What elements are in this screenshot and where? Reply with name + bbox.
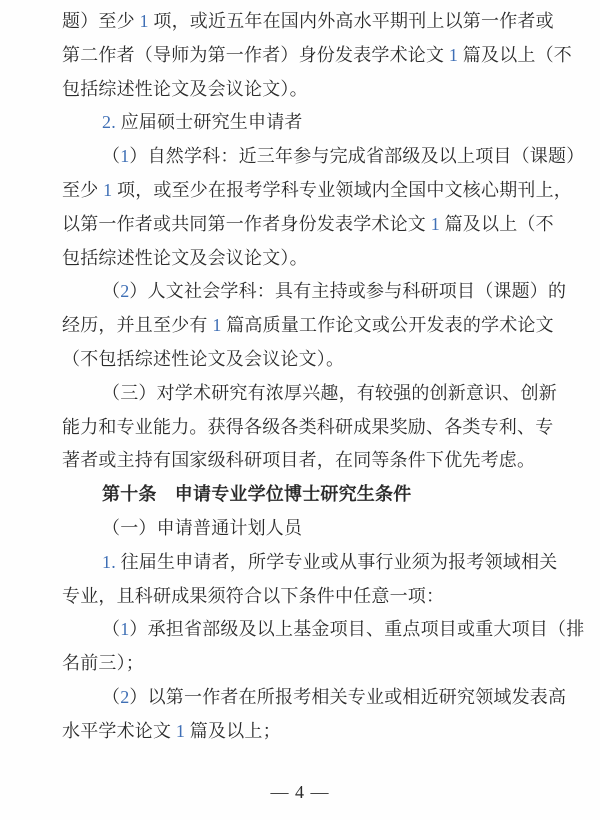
text-line: 1. 往届生申请者，所学专业或从事行业须为报考领域相关 (62, 546, 552, 580)
text-line: 水平学术论文 1 篇及以上； (62, 715, 552, 749)
numeral: 1 (176, 721, 185, 741)
text-run: （不包括综述性论文及会议论文）。 (62, 349, 344, 369)
text-line: 第二作者（导师为第一作者）身份发表学术论文 1 篇及以上（不 (62, 39, 552, 73)
text-run: （ (102, 687, 120, 707)
text-line: 2. 应届硕士研究生申请者 (62, 106, 552, 140)
text-run: （ (102, 146, 120, 166)
text-line: 经历，并且至少有 1 篇高质量工作论文或公开发表的学术论文 (62, 309, 552, 343)
text-run: 篇及以上（不 (440, 214, 554, 234)
text-line: （2）人文社会学科：具有主持或参与科研项目（课题）的 (62, 275, 552, 309)
text-run: 第十条 申请专业学位博士研究生条件 (102, 484, 411, 504)
text-line: 包括综述性论文及会议论文）。 (62, 73, 552, 107)
numeral: 1. (102, 552, 116, 572)
numeral: 1 (103, 180, 112, 200)
text-line: 包括综述性论文及会议论文）。 (62, 242, 552, 276)
text-run: 题）至少 (62, 11, 140, 31)
text-line: 以第一作者或共同第一作者身份发表学术论文 1 篇及以上（不 (62, 208, 552, 242)
article-heading-line: 第十条 申请专业学位博士研究生条件 (62, 478, 552, 512)
text-run: 能力和专业能力。获得各级各类科研成果奖励、各类专利、专 (62, 417, 553, 437)
text-run: ）承担省部级及以上基金项目、重点项目或重大项目（排 (129, 619, 584, 639)
text-run: 应届硕士研究生申请者 (116, 112, 303, 132)
text-line: 专业，且科研成果须符合以下条件中任意一项： (62, 580, 552, 614)
numeral: 1 (449, 45, 458, 65)
text-run: 著者或主持有国家级科研项目者，在同等条件下优先考虑。 (62, 450, 535, 470)
text-run: 专业，且科研成果须符合以下条件中任意一项： (62, 586, 444, 606)
text-line: 能力和专业能力。获得各级各类科研成果奖励、各类专利、专 (62, 411, 552, 445)
text-run: 项，或至少在报考学科专业领域内全国中文核心期刊上， (112, 180, 572, 200)
text-line: （1）自然学科：近三年参与完成省部级及以上项目（课题） (62, 140, 552, 174)
text-run: 水平学术论文 (62, 721, 176, 741)
text-run: 往届生申请者，所学专业或从事行业须为报考领域相关 (116, 552, 558, 572)
text-run: （一）申请普通计划人员 (102, 518, 302, 538)
text-line: （2）以第一作者在所报考相关专业或相近研究领域发表高 (62, 681, 552, 715)
text-run: 项，或近五年在国内外高水平期刊上以第一作者或 (149, 11, 554, 31)
text-line: 至少 1 项，或至少在报考学科专业领域内全国中文核心期刊上， (62, 174, 552, 208)
text-line: 名前三）； (62, 647, 552, 681)
text-line: （1）承担省部级及以上基金项目、重点项目或重大项目（排 (62, 613, 552, 647)
numeral: 2. (102, 112, 116, 132)
text-run: 篇高质量工作论文或公开发表的学术论文 (222, 315, 554, 335)
text-run: 至少 (62, 180, 103, 200)
page-number: — 4 — (0, 779, 600, 805)
text-run: ）自然学科：近三年参与完成省部级及以上项目（课题） (129, 146, 584, 166)
text-run: 篇及以上； (185, 721, 281, 741)
text-run: 经历，并且至少有 (62, 315, 212, 335)
numeral: 1 (431, 214, 440, 234)
text-run: （三）对学术研究有浓厚兴趣，有较强的创新意识、创新 (102, 383, 557, 403)
text-run: 包括综述性论文及会议论文）。 (62, 248, 308, 268)
text-line: （不包括综述性论文及会议论文）。 (62, 343, 552, 377)
text-line: （一）申请普通计划人员 (62, 512, 552, 546)
text-run: 第二作者（导师为第一作者）身份发表学术论文 (62, 45, 449, 65)
text-run: （ (102, 619, 120, 639)
text-run: 以第一作者或共同第一作者身份发表学术论文 (62, 214, 431, 234)
text-run: （ (102, 281, 120, 301)
text-run: ）人文社会学科：具有主持或参与科研项目（课题）的 (129, 281, 566, 301)
text-line: 著者或主持有国家级科研项目者，在同等条件下优先考虑。 (62, 444, 552, 478)
numeral: 1 (140, 11, 149, 31)
document-page: 题）至少 1 项，或近五年在国内外高水平期刊上以第一作者或第二作者（导师为第一作… (0, 0, 600, 820)
text-line: 题）至少 1 项，或近五年在国内外高水平期刊上以第一作者或 (62, 5, 552, 39)
numeral: 1 (212, 315, 221, 335)
text-run: 篇及以上（不 (458, 45, 572, 65)
text-run: 名前三）； (62, 653, 144, 673)
document-body: 题）至少 1 项，或近五年在国内外高水平期刊上以第一作者或第二作者（导师为第一作… (62, 5, 552, 749)
text-line: （三）对学术研究有浓厚兴趣，有较强的创新意识、创新 (62, 377, 552, 411)
text-run: ）以第一作者在所报考相关专业或相近研究领域发表高 (129, 687, 566, 707)
text-run: 包括综述性论文及会议论文）。 (62, 79, 308, 99)
